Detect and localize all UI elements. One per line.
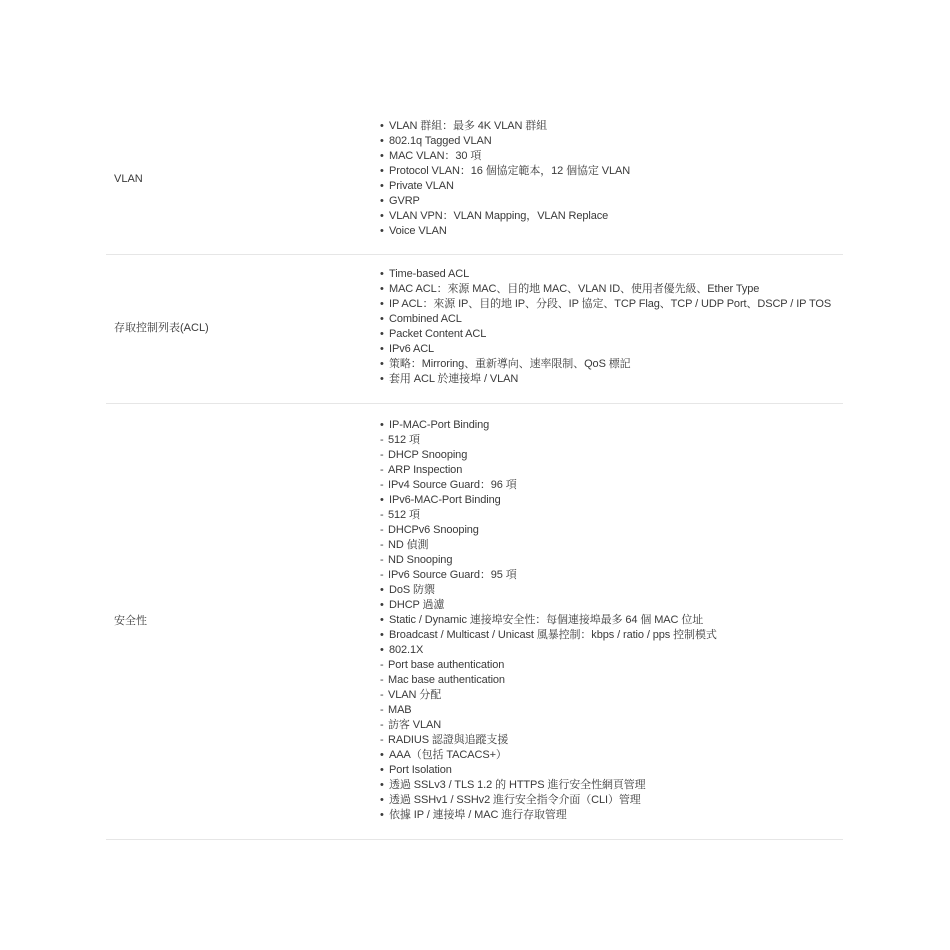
bullet-marker: • bbox=[380, 583, 389, 598]
spec-value-item: •套用 ACL 於連接埠 / VLAN bbox=[380, 372, 831, 387]
spec-subvalue-item: -MAB bbox=[380, 703, 717, 718]
spec-value-item: •Voice VLAN bbox=[380, 224, 630, 239]
spec-value-text: Protocol VLAN：16 個協定範本，12 個協定 VLAN bbox=[389, 165, 630, 177]
spec-value-item: •802.1q Tagged VLAN bbox=[380, 134, 630, 149]
spec-value-text: 套用 ACL 於連接埠 / VLAN bbox=[389, 373, 518, 385]
spec-subvalue-item: -IPv6 Source Guard：95 項 bbox=[380, 568, 717, 583]
spec-value-item: •IP ACL：來源 IP、目的地 IP、分段、IP 協定、TCP Flag、T… bbox=[380, 297, 831, 312]
spec-value-text: MAC ACL：來源 MAC、目的地 MAC、VLAN ID、使用者優先級、Et… bbox=[389, 283, 759, 295]
spec-value-text: Port base authentication bbox=[388, 659, 504, 671]
spec-value-text: 透過 SSHv1 / SSHv2 進行安全指令介面（CLI）管理 bbox=[389, 794, 641, 806]
bullet-marker: • bbox=[380, 119, 389, 134]
bullet-marker: • bbox=[380, 149, 389, 164]
spec-value-item: •策略：Mirroring、重新導向、速率限制、QoS 標記 bbox=[380, 357, 831, 372]
bullet-marker: • bbox=[380, 763, 389, 778]
spec-value-text: MAC VLAN：30 項 bbox=[389, 150, 481, 162]
bullet-marker: • bbox=[380, 778, 389, 793]
spec-value-text: IPv6 Source Guard：95 項 bbox=[388, 569, 517, 581]
spec-value-text: Time-based ACL bbox=[389, 268, 469, 280]
spec-value-text: MAB bbox=[388, 704, 412, 716]
spec-label: 安全性 bbox=[114, 614, 147, 629]
spec-subvalue-item: -Mac base authentication bbox=[380, 673, 717, 688]
spec-value-item: •IPv6-MAC-Port Binding bbox=[380, 493, 717, 508]
spec-value-item: •DoS 防禦 bbox=[380, 583, 717, 598]
dash-marker: - bbox=[380, 688, 388, 703]
spec-subvalue-item: -DHCP Snooping bbox=[380, 448, 717, 463]
spec-value-text: IP-MAC-Port Binding bbox=[389, 419, 489, 431]
bullet-marker: • bbox=[380, 164, 389, 179]
spec-value-text: 透過 SSLv3 / TLS 1.2 的 HTTPS 進行安全性網頁管理 bbox=[389, 779, 646, 791]
spec-value-text: DHCP Snooping bbox=[388, 449, 467, 461]
dash-marker: - bbox=[380, 523, 388, 538]
dash-marker: - bbox=[380, 463, 388, 478]
bullet-marker: • bbox=[380, 598, 389, 613]
spec-subvalue-item: -ND Snooping bbox=[380, 553, 717, 568]
spec-value-list: •VLAN 群組：最多 4K VLAN 群組 •802.1q Tagged VL… bbox=[380, 119, 630, 239]
spec-value-item: •Protocol VLAN：16 個協定範本，12 個協定 VLAN bbox=[380, 164, 630, 179]
dash-marker: - bbox=[380, 508, 388, 523]
spec-value-text: Combined ACL bbox=[389, 313, 462, 325]
spec-row-acl: 存取控制列表(ACL) •Time-based ACL •MAC ACL：來源 … bbox=[106, 255, 843, 404]
bullet-marker: • bbox=[380, 224, 389, 239]
spec-value-text: 依據 IP / 連接埠 / MAC 進行存取管理 bbox=[389, 809, 567, 821]
spec-value-text: GVRP bbox=[389, 195, 420, 207]
spec-value-item: •DHCP 過濾 bbox=[380, 598, 717, 613]
spec-value-item: •透過 SSLv3 / TLS 1.2 的 HTTPS 進行安全性網頁管理 bbox=[380, 778, 717, 793]
spec-value-item: •Time-based ACL bbox=[380, 267, 831, 282]
spec-value-text: DHCP 過濾 bbox=[389, 599, 444, 611]
bullet-marker: • bbox=[380, 194, 389, 209]
spec-value-item: •Private VLAN bbox=[380, 179, 630, 194]
spec-label: VLAN bbox=[114, 172, 143, 187]
dash-marker: - bbox=[380, 703, 388, 718]
bullet-marker: • bbox=[380, 357, 389, 372]
dash-marker: - bbox=[380, 673, 388, 688]
spec-value-text: ARP Inspection bbox=[388, 464, 462, 476]
spec-subvalue-item: -訪客 VLAN bbox=[380, 718, 717, 733]
spec-subvalue-item: -ARP Inspection bbox=[380, 463, 717, 478]
bullet-marker: • bbox=[380, 493, 389, 508]
spec-value-list: •Time-based ACL •MAC ACL：來源 MAC、目的地 MAC、… bbox=[380, 267, 831, 387]
spec-value-item: •Broadcast / Multicast / Unicast 風暴控制：kb… bbox=[380, 628, 717, 643]
spec-value-text: Mac base authentication bbox=[388, 674, 505, 686]
spec-value-text: Voice VLAN bbox=[389, 225, 447, 237]
bullet-marker: • bbox=[380, 793, 389, 808]
bullet-marker: • bbox=[380, 282, 389, 297]
bullet-marker: • bbox=[380, 209, 389, 224]
spec-value-item: •VLAN VPN：VLAN Mapping，VLAN Replace bbox=[380, 209, 630, 224]
spec-value-text: 512 項 bbox=[388, 509, 420, 521]
dash-marker: - bbox=[380, 538, 388, 553]
spec-value-text: ND Snooping bbox=[388, 554, 452, 566]
spec-value-text: Port Isolation bbox=[389, 764, 452, 776]
spec-value-text: 策略：Mirroring、重新導向、速率限制、QoS 標記 bbox=[389, 358, 631, 370]
spec-value-text: Static / Dynamic 連接埠安全性：每個連接埠最多 64 個 MAC… bbox=[389, 614, 703, 626]
spec-subvalue-item: -Port base authentication bbox=[380, 658, 717, 673]
spec-value-text: DHCPv6 Snooping bbox=[388, 524, 479, 536]
dash-marker: - bbox=[380, 553, 388, 568]
spec-value-text: IPv4 Source Guard：96 項 bbox=[388, 479, 517, 491]
spec-subvalue-item: -DHCPv6 Snooping bbox=[380, 523, 717, 538]
bullet-marker: • bbox=[380, 643, 389, 658]
bullet-marker: • bbox=[380, 267, 389, 282]
spec-value-text: DoS 防禦 bbox=[389, 584, 435, 596]
bullet-marker: • bbox=[380, 628, 389, 643]
spec-value-text: IPv6-MAC-Port Binding bbox=[389, 494, 501, 506]
bullet-marker: • bbox=[380, 179, 389, 194]
bullet-marker: • bbox=[380, 327, 389, 342]
bullet-marker: • bbox=[380, 418, 389, 433]
spec-row-vlan: VLAN •VLAN 群組：最多 4K VLAN 群組 •802.1q Tagg… bbox=[106, 105, 843, 255]
spec-value-item: •Combined ACL bbox=[380, 312, 831, 327]
spec-value-item: •MAC ACL：來源 MAC、目的地 MAC、VLAN ID、使用者優先級、E… bbox=[380, 282, 831, 297]
bullet-marker: • bbox=[380, 312, 389, 327]
spec-value-text: ND 偵測 bbox=[388, 539, 428, 551]
dash-marker: - bbox=[380, 658, 388, 673]
spec-label: 存取控制列表(ACL) bbox=[114, 321, 209, 336]
spec-subvalue-item: -512 項 bbox=[380, 508, 717, 523]
bullet-marker: • bbox=[380, 808, 389, 823]
spec-value-text: IP ACL：來源 IP、目的地 IP、分段、IP 協定、TCP Flag、TC… bbox=[389, 298, 831, 310]
bullet-marker: • bbox=[380, 134, 389, 149]
bullet-marker: • bbox=[380, 748, 389, 763]
spec-subvalue-item: -IPv4 Source Guard：96 項 bbox=[380, 478, 717, 493]
spec-subvalue-item: -ND 偵測 bbox=[380, 538, 717, 553]
spec-value-text: VLAN 分配 bbox=[388, 689, 441, 701]
spec-row-security: 安全性 •IP-MAC-Port Binding -512 項 -DHCP Sn… bbox=[106, 404, 843, 840]
spec-subvalue-item: -RADIUS 認證與追蹤支援 bbox=[380, 733, 717, 748]
spec-value-text: 訪客 VLAN bbox=[388, 719, 441, 731]
spec-value-list: •IP-MAC-Port Binding -512 項 -DHCP Snoopi… bbox=[380, 418, 717, 823]
spec-subvalue-item: -VLAN 分配 bbox=[380, 688, 717, 703]
spec-value-item: •Packet Content ACL bbox=[380, 327, 831, 342]
spec-value-item: •AAA（包括 TACACS+） bbox=[380, 748, 717, 763]
spec-value-item: •IP-MAC-Port Binding bbox=[380, 418, 717, 433]
bullet-marker: • bbox=[380, 297, 389, 312]
spec-value-text: RADIUS 認證與追蹤支援 bbox=[388, 734, 508, 746]
spec-value-item: •VLAN 群組：最多 4K VLAN 群組 bbox=[380, 119, 630, 134]
spec-value-text: AAA（包括 TACACS+） bbox=[389, 749, 507, 761]
spec-value-text: IPv6 ACL bbox=[389, 343, 434, 355]
dash-marker: - bbox=[380, 733, 388, 748]
bullet-marker: • bbox=[380, 372, 389, 387]
dash-marker: - bbox=[380, 433, 388, 448]
spec-value-item: •Static / Dynamic 連接埠安全性：每個連接埠最多 64 個 MA… bbox=[380, 613, 717, 628]
dash-marker: - bbox=[380, 568, 388, 583]
spec-value-item: •Port Isolation bbox=[380, 763, 717, 778]
bullet-marker: • bbox=[380, 613, 389, 628]
spec-value-text: Private VLAN bbox=[389, 180, 454, 192]
spec-value-item: •透過 SSHv1 / SSHv2 進行安全指令介面（CLI）管理 bbox=[380, 793, 717, 808]
spec-value-text: VLAN 群組：最多 4K VLAN 群組 bbox=[389, 120, 547, 132]
spec-value-item: •802.1X bbox=[380, 643, 717, 658]
spec-value-text: 802.1X bbox=[389, 644, 423, 656]
spec-value-text: 512 項 bbox=[388, 434, 420, 446]
bullet-marker: • bbox=[380, 342, 389, 357]
spec-value-item: •MAC VLAN：30 項 bbox=[380, 149, 630, 164]
dash-marker: - bbox=[380, 718, 388, 733]
spec-subvalue-item: -512 項 bbox=[380, 433, 717, 448]
dash-marker: - bbox=[380, 448, 388, 463]
spec-value-item: •IPv6 ACL bbox=[380, 342, 831, 357]
spec-value-item: •依據 IP / 連接埠 / MAC 進行存取管理 bbox=[380, 808, 717, 823]
dash-marker: - bbox=[380, 478, 388, 493]
spec-value-text: VLAN VPN：VLAN Mapping，VLAN Replace bbox=[389, 210, 608, 222]
spec-value-text: Broadcast / Multicast / Unicast 風暴控制：kbp… bbox=[389, 629, 717, 641]
spec-value-item: •GVRP bbox=[380, 194, 630, 209]
spec-value-text: Packet Content ACL bbox=[389, 328, 486, 340]
spec-value-text: 802.1q Tagged VLAN bbox=[389, 135, 492, 147]
